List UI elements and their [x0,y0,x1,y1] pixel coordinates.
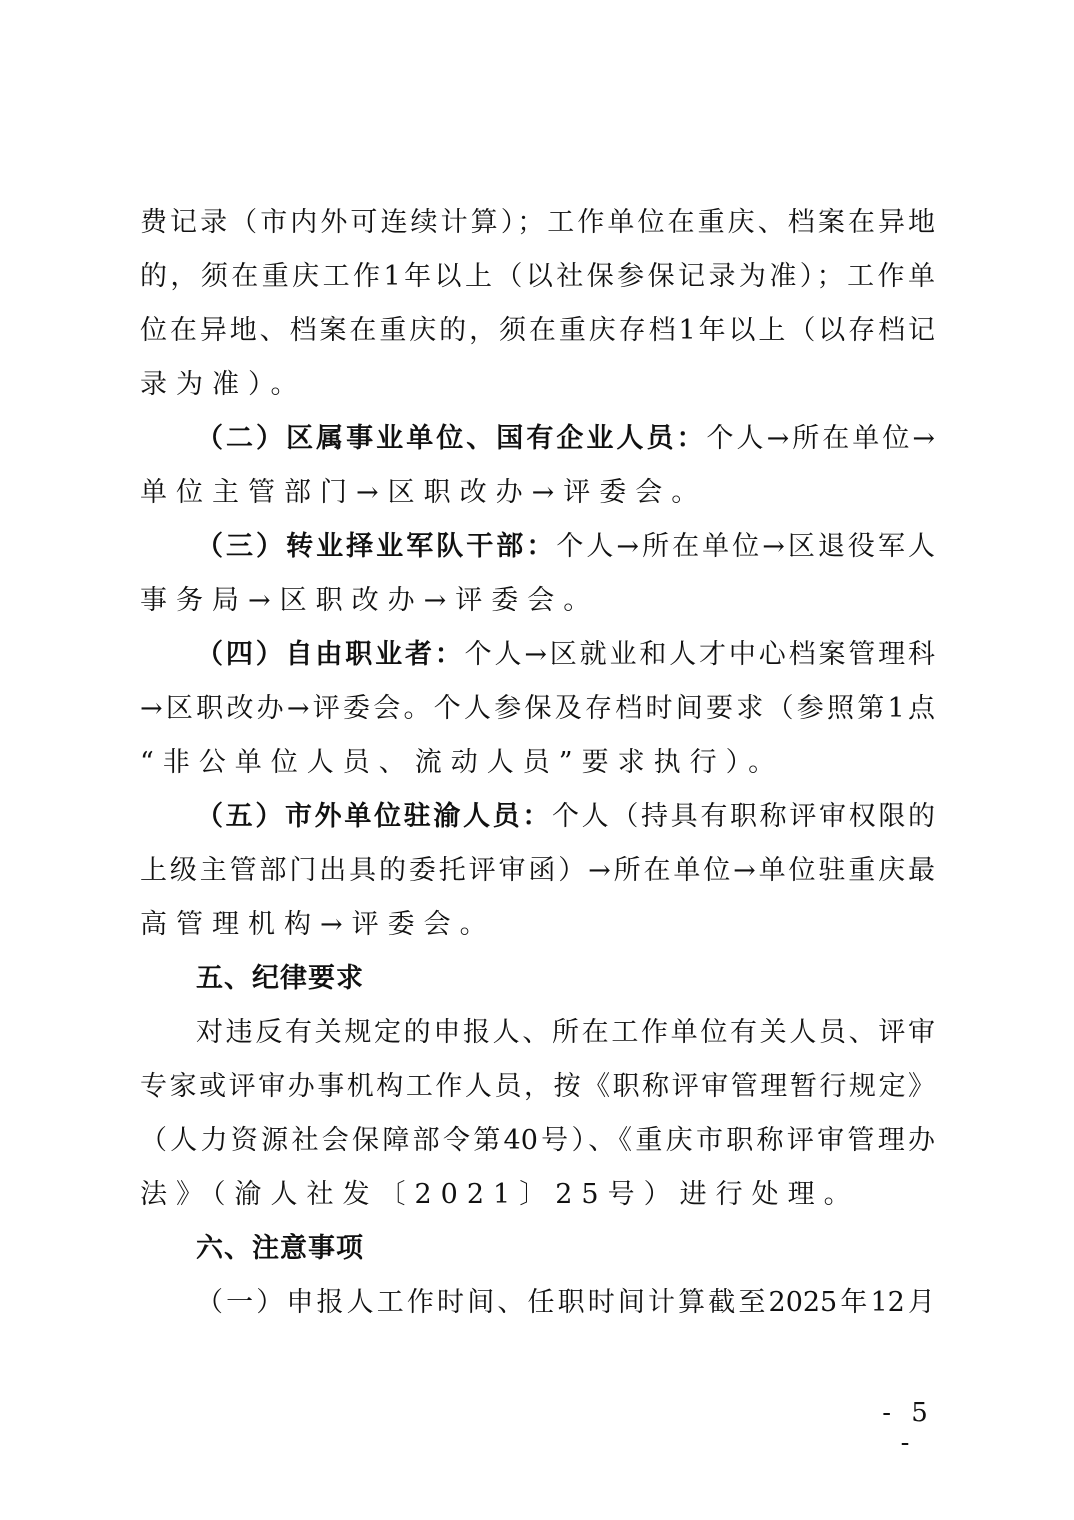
item-3-first-line: （三）转业择业军队干部：个人→所在单位→区退役军人 [140,520,935,574]
item-4-text: 个人→区就业和人才中心档案管理科 [465,639,935,670]
section-5-heading: 五、纪律要求 [140,952,935,1006]
item-4-line: →区职改办→评委会。个人参保及存档时间要求（参照第1点 [140,682,935,736]
item-3-text: 个人→所在单位→区退役军人 [556,531,935,562]
section-5-line: （人力资源社会保障部令第40号）、《重庆市职称评审管理办 [140,1114,935,1168]
item-2-text: 个人→所在单位→ [707,423,935,454]
section-5-line: 专家或评审办事机构工作人员，按《职称评审管理暂行规定》 [140,1060,935,1114]
item-2-first-line: （二）区属事业单位、国有企业人员：个人→所在单位→ [140,412,935,466]
item-5-first-line: （五）市外单位驻渝人员：个人（持具有职称评审权限的 [140,790,935,844]
section-5-line: 法》（渝人社发〔2021〕25号）进行处理。 [140,1168,935,1222]
paragraph-line: 录为准）。 [140,358,935,412]
item-5-line: 高管理机构→评委会。 [140,898,935,952]
section-6-line: （一）申报人工作时间、任职时间计算截至2025年12月 [140,1276,935,1330]
item-3-label: （三）转业择业军队干部： [196,531,556,562]
section-5-line: 对违反有关规定的申报人、所在工作单位有关人员、评审 [140,1006,935,1060]
page-number: - 5 - [868,1398,948,1458]
paragraph-line: 位在异地、档案在重庆的，须在重庆存档1年以上（以存档记 [140,304,935,358]
page-content: 费记录（市内外可连续计算）；工作单位在重庆、档案在异地 的，须在重庆工作1年以上… [140,196,935,1330]
item-3-line: 事务局→区职改办→评委会。 [140,574,935,628]
section-6-heading: 六、注意事项 [140,1222,935,1276]
item-2-line: 单位主管部门→区职改办→评委会。 [140,466,935,520]
item-4-label: （四）自由职业者： [196,639,465,670]
item-5-label: （五）市外单位驻渝人员： [196,801,552,832]
item-2-label: （二）区属事业单位、国有企业人员： [196,423,707,454]
item-4-line: “非公单位人员、流动人员”要求执行）。 [140,736,935,790]
paragraph-line: 费记录（市内外可连续计算）；工作单位在重庆、档案在异地 [140,196,935,250]
document-page: 费记录（市内外可连续计算）；工作单位在重庆、档案在异地 的，须在重庆工作1年以上… [0,0,1074,1520]
item-5-line: 上级主管部门出具的委托评审函）→所在单位→单位驻重庆最 [140,844,935,898]
item-5-text: 个人（持具有职称评审权限的 [552,801,935,832]
paragraph-line: 的，须在重庆工作1年以上（以社保参保记录为准）；工作单 [140,250,935,304]
item-4-first-line: （四）自由职业者：个人→区就业和人才中心档案管理科 [140,628,935,682]
